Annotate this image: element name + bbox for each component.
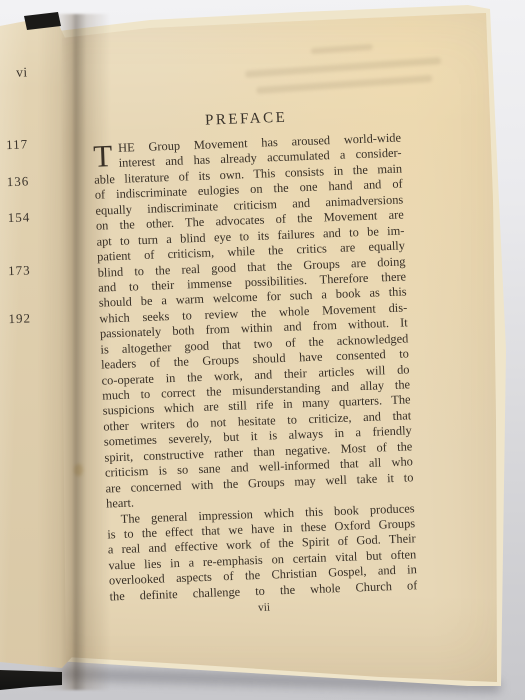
text-line: which seeks to review the whole Movement…: [99, 300, 407, 327]
text-line: of indiscriminate eulogies on the one ha…: [95, 177, 403, 204]
text-line: spirit, constructive rather than negativ…: [104, 439, 412, 466]
preface-content: PREFACE T HE Group Movement has aroused …: [92, 101, 418, 620]
text-line: overlooked aspects of the Christian Gosp…: [109, 562, 417, 589]
stain-spot: [74, 464, 83, 476]
text-line: The general impression which this book p…: [106, 501, 414, 528]
page-heading: PREFACE: [92, 101, 401, 134]
text-line: is to the effect that we have in these O…: [107, 516, 415, 543]
text-line: leaders of the Groups should have consen…: [101, 346, 409, 373]
text-line: other writers do not hesitate to critici…: [103, 408, 411, 435]
toc-page-number: 192: [3, 310, 31, 327]
right-page: PREFACE T HE Group Movement has aroused …: [0, 0, 525, 700]
text-line: a real and effective work of the Spirit …: [108, 532, 416, 559]
text-line: blind to the real good that the Groups a…: [97, 254, 405, 281]
text-line: HE Group Movement has aroused world-wide: [93, 131, 401, 158]
right-page-number: vii: [110, 596, 418, 619]
text-line: should be a warm welcome for such a book…: [99, 285, 407, 312]
text-line: value lies in a re-emphasis on certain v…: [108, 547, 416, 574]
show-through-line: [245, 57, 441, 78]
text-line: apt to turn a blind eye to its failures …: [96, 223, 404, 250]
text-line: much to correct the misunderstanding and…: [102, 377, 410, 404]
toc-page-number: 136: [1, 173, 29, 190]
text-line: patient of criticism, while the critics …: [97, 238, 405, 265]
show-through-text: [235, 39, 452, 124]
text-line: sometimes severely, but it is always in …: [104, 424, 412, 451]
text-line: on the other. The advocates of the Movem…: [96, 208, 404, 235]
show-through-line: [310, 44, 372, 54]
text-line: and to their immense possibilities. Ther…: [98, 269, 406, 296]
text-line: is altogether good that two of the ackno…: [100, 331, 408, 358]
text-line: co-operate in the work, and their articl…: [101, 362, 409, 389]
toc-page-number: 173: [2, 262, 30, 279]
text-line: heart.: [106, 485, 414, 512]
toc-page-number: 117: [0, 136, 28, 153]
text-line: criticism is so sane and well-informed t…: [105, 454, 413, 481]
photo-of-open-book: vi 117136154173192 PREFACE T HE Group Mo…: [0, 0, 525, 700]
show-through-line: [256, 75, 432, 94]
text-line: are concerned with the Groups may well t…: [105, 470, 413, 497]
toc-page-number: 154: [2, 209, 30, 226]
text-line: interest and has already accumulated a c…: [93, 146, 401, 173]
text-line: passionately both from within and from w…: [100, 316, 408, 343]
preface-body: T HE Group Movement has aroused world-wi…: [93, 131, 418, 605]
drop-cap: T: [93, 142, 113, 171]
text-line: suspicions which are still rife in many …: [103, 393, 411, 420]
text-line: equally indiscriminate criticism and ani…: [95, 192, 403, 219]
preface-lines: HE Group Movement has aroused world-wide…: [93, 131, 418, 605]
text-line: able literature of its own. This consist…: [94, 161, 402, 188]
text-line: the definite challenge to the whole Chur…: [109, 578, 417, 605]
